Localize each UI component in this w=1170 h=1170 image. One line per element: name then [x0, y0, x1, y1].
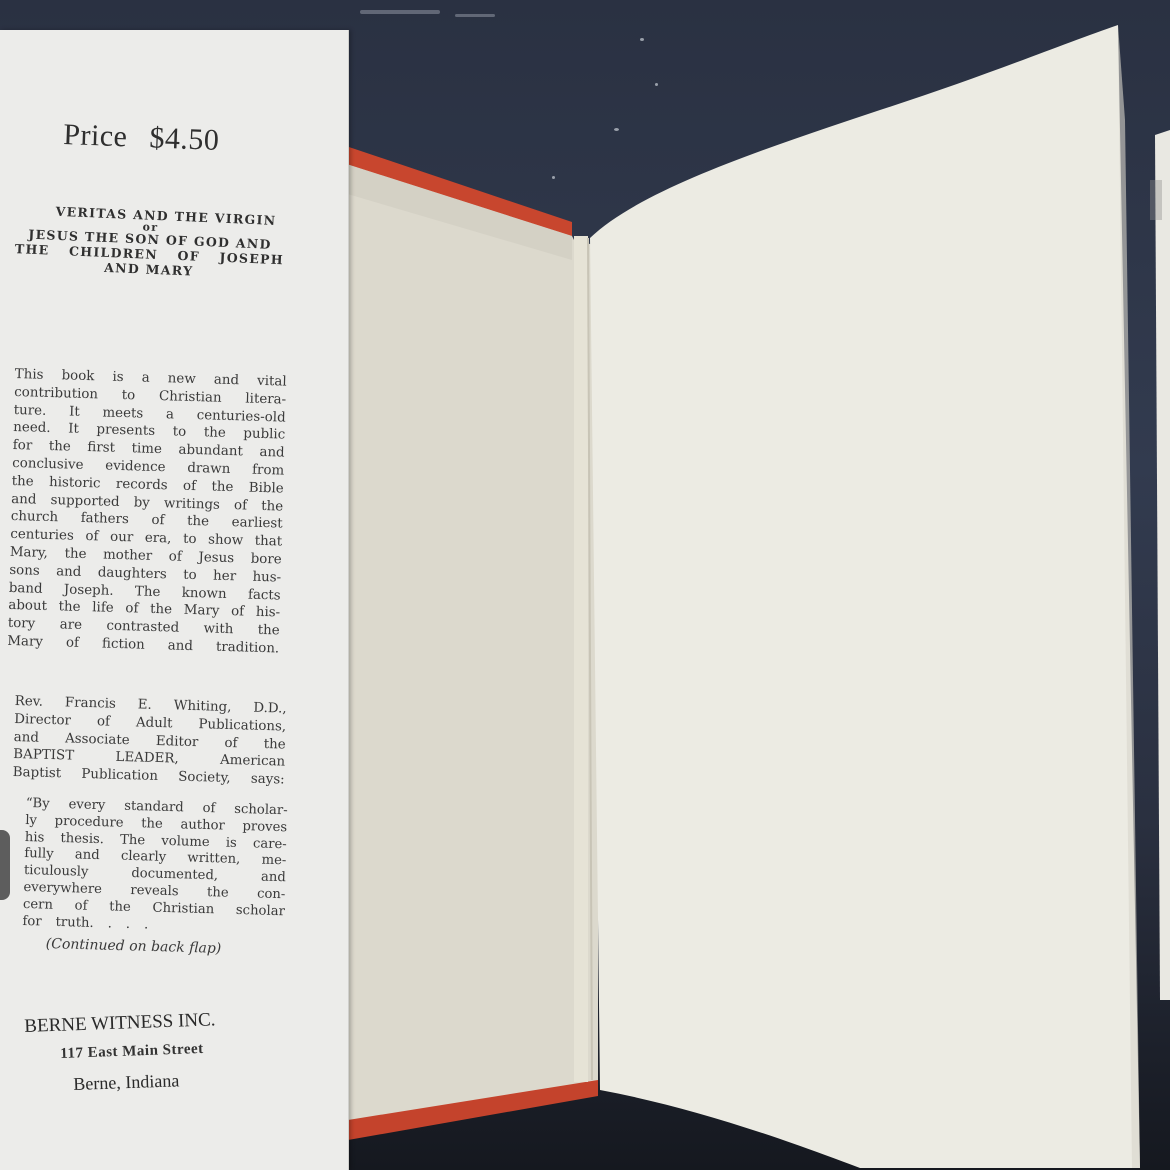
- price-amount: $4.50: [149, 121, 220, 157]
- page-stack-shadow: [1150, 180, 1162, 220]
- publisher-city: Berne, Indiana: [73, 1070, 180, 1095]
- thumb-shadow: [0, 830, 10, 900]
- price-label: Price$4.50: [63, 118, 220, 158]
- book-title: VERITAS AND THE VIRGIN or JESUS THE SON …: [11, 202, 289, 282]
- continued-note: (Continued on back flap): [46, 936, 222, 957]
- page-stack-edge: [1155, 130, 1170, 1000]
- price-word: Price: [63, 118, 128, 153]
- description-paragraph: Thisbookisanewandvital contributiontoChr…: [7, 366, 287, 658]
- endorsement-quote: “Byeverystandardofscholar- lyprocedureth…: [22, 796, 288, 938]
- front-endpaper: [334, 160, 598, 1120]
- endorser-paragraph: Rev.FrancisE.Whiting,D.D., DirectorofAdu…: [13, 693, 287, 790]
- gutter: [574, 236, 588, 1082]
- right-endpaper-page: [590, 25, 1140, 1168]
- dust-jacket-flap: Price$4.50 VERITAS AND THE VIRGIN or JES…: [0, 30, 349, 1170]
- publisher-address: 117 East Main Street: [60, 1041, 204, 1063]
- publisher-name: BERNE WITNESS INC.: [24, 1009, 216, 1038]
